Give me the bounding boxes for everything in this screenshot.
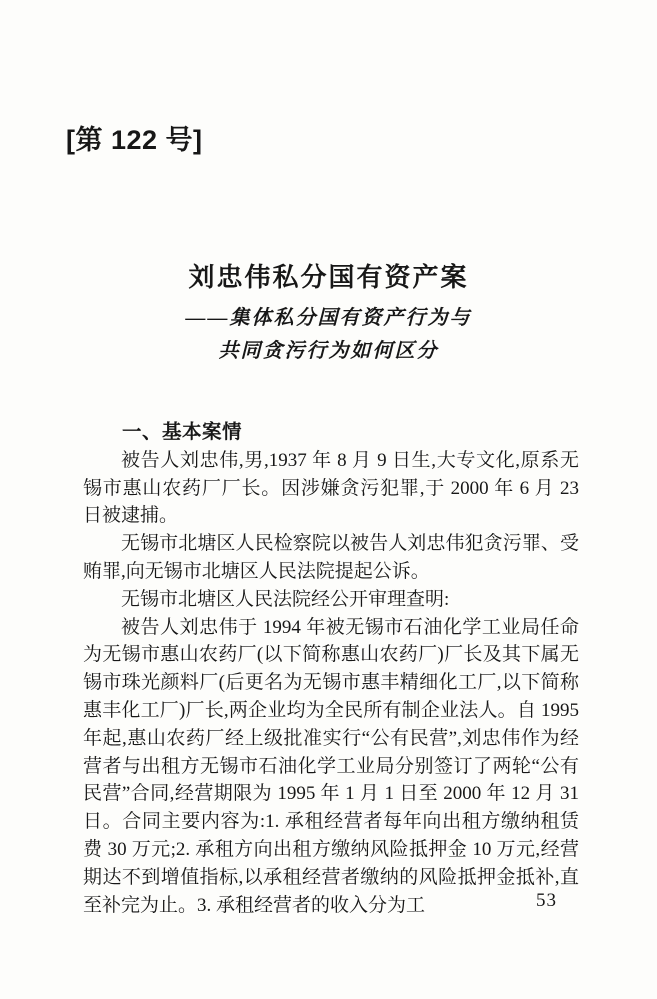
page-number: 53 [536, 890, 557, 912]
scanned-book-page: [第 122 号] 刘忠伟私分国有资产案 ——集体私分国有资产行为与 共同贪污行… [0, 0, 657, 999]
paragraph: 被告人刘忠伟于 1994 年被无锡市石油化学工业局任命为无锡市惠山农药厂(以下简… [83, 614, 579, 920]
case-subtitle-line-2: 共同贪污行为如何区分 [0, 335, 657, 368]
case-subtitle: ——集体私分国有资产行为与 共同贪污行为如何区分 [0, 302, 657, 368]
section-heading-basic-facts: 一、基本案情 [83, 419, 579, 447]
paragraph: 被告人刘忠伟,男,1937 年 8 月 9 日生,大专文化,原系无锡市惠山农药厂… [83, 447, 579, 530]
case-subtitle-line-1: ——集体私分国有资产行为与 [0, 302, 657, 335]
case-number-label: [第 122 号] [66, 118, 203, 157]
paragraph: 无锡市北塘区人民检察院以被告人刘忠伟犯贪污罪、受贿罪,向无锡市北塘区人民法院提起… [83, 530, 579, 586]
body-paragraphs: 被告人刘忠伟,男,1937 年 8 月 9 日生,大专文化,原系无锡市惠山农药厂… [83, 447, 579, 920]
case-title: 刘忠伟私分国有资产案 [0, 257, 657, 294]
paragraph: 无锡市北塘区人民法院经公开审理查明: [83, 586, 579, 614]
case-body: 一、基本案情 被告人刘忠伟,男,1937 年 8 月 9 日生,大专文化,原系无… [83, 419, 579, 919]
